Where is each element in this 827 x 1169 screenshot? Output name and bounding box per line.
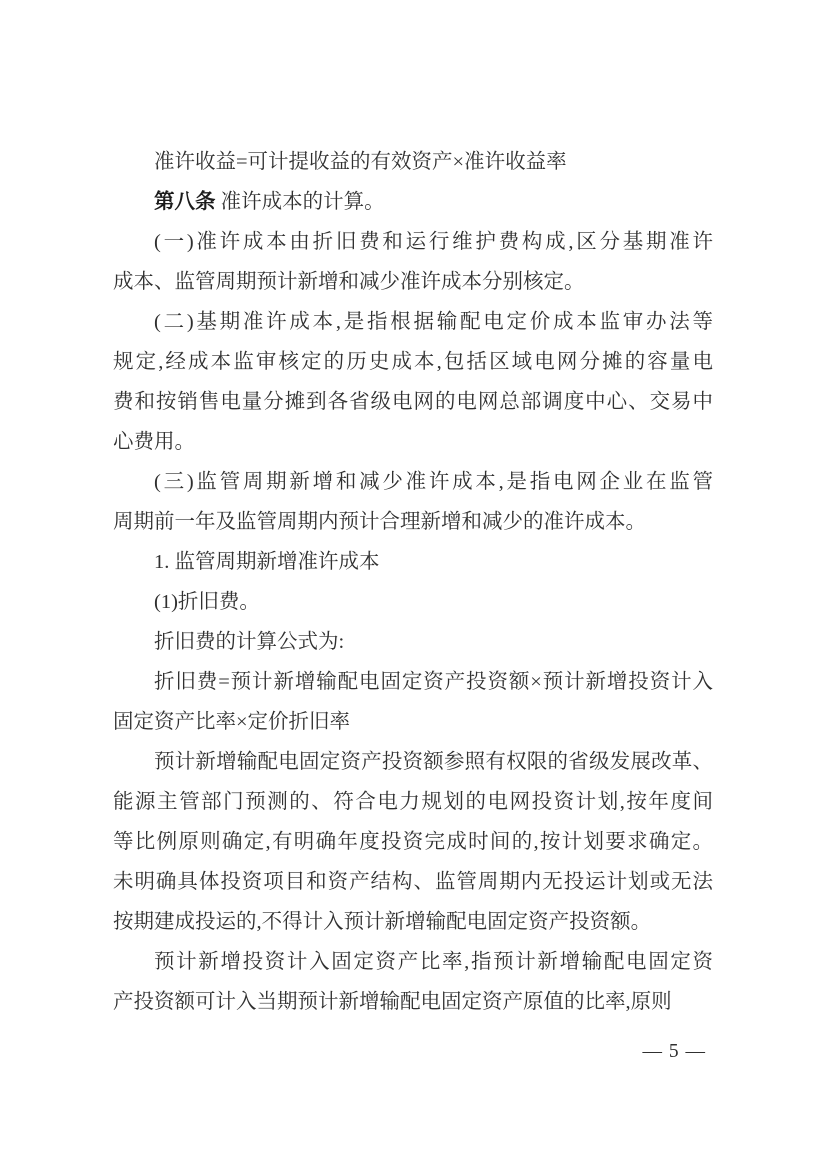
- doc-line: (三)监管周期新增和减少准许成本,是指电网企业在监管: [113, 462, 713, 502]
- doc-line: 等比例原则确定,有明确年度投资完成时间的,按计划要求确定。: [113, 822, 713, 862]
- doc-line: 折旧费的计算公式为:: [113, 622, 713, 662]
- doc-line: (一)准许成本由折旧费和运行维护费构成,区分基期准许: [113, 222, 713, 262]
- page-number: — 5 —: [643, 1038, 707, 1066]
- doc-line: 心费用。: [113, 422, 713, 462]
- doc-line: 费和按销售电量分摊到各省级电网的电网总部调度中心、交易中: [113, 382, 713, 422]
- doc-line: (1)折旧费。: [113, 582, 713, 622]
- article-number-bold: 第八条: [154, 191, 216, 213]
- doc-line: (二)基期准许成本,是指根据输配电定价成本监审办法等: [113, 302, 713, 342]
- doc-line: 折旧费=预计新增输配电固定资产投资额×预计新增投资计入: [113, 662, 713, 702]
- doc-line: 固定资产比率×定价折旧率: [113, 702, 713, 742]
- doc-line: 预计新增输配电固定资产投资额参照有权限的省级发展改革、: [113, 742, 713, 782]
- doc-line: 准许收益=可计提收益的有效资产×准许收益率: [113, 142, 713, 182]
- doc-line: 按期建成投运的,不得计入预计新增输配电固定资产投资额。: [113, 902, 713, 942]
- doc-line: 成本、监管周期预计新增和减少准许成本分别核定。: [113, 262, 713, 302]
- doc-line: 产投资额可计入当期预计新增输配电固定资产原值的比率,原则: [113, 982, 713, 1022]
- doc-line: 规定,经成本监审核定的历史成本,包括区域电网分摊的容量电: [113, 342, 713, 382]
- doc-line: 第八条 准许成本的计算。: [113, 182, 713, 222]
- text-block: 准许收益=可计提收益的有效资产×准许收益率 第八条 准许成本的计算。 (一)准许…: [113, 142, 713, 1022]
- doc-line: 未明确具体投资项目和资产结构、监管周期内无投运计划或无法: [113, 862, 713, 902]
- doc-line: 1. 监管周期新增准许成本: [113, 542, 713, 582]
- article-title: 准许成本的计算。: [216, 191, 385, 213]
- document-page: 准许收益=可计提收益的有效资产×准许收益率 第八条 准许成本的计算。 (一)准许…: [0, 0, 827, 1169]
- doc-line: 预计新增投资计入固定资产比率,指预计新增输配电固定资: [113, 942, 713, 982]
- doc-line: 周期前一年及监管周期内预计合理新增和减少的准许成本。: [113, 502, 713, 542]
- doc-line: 能源主管部门预测的、符合电力规划的电网投资计划,按年度间: [113, 782, 713, 822]
